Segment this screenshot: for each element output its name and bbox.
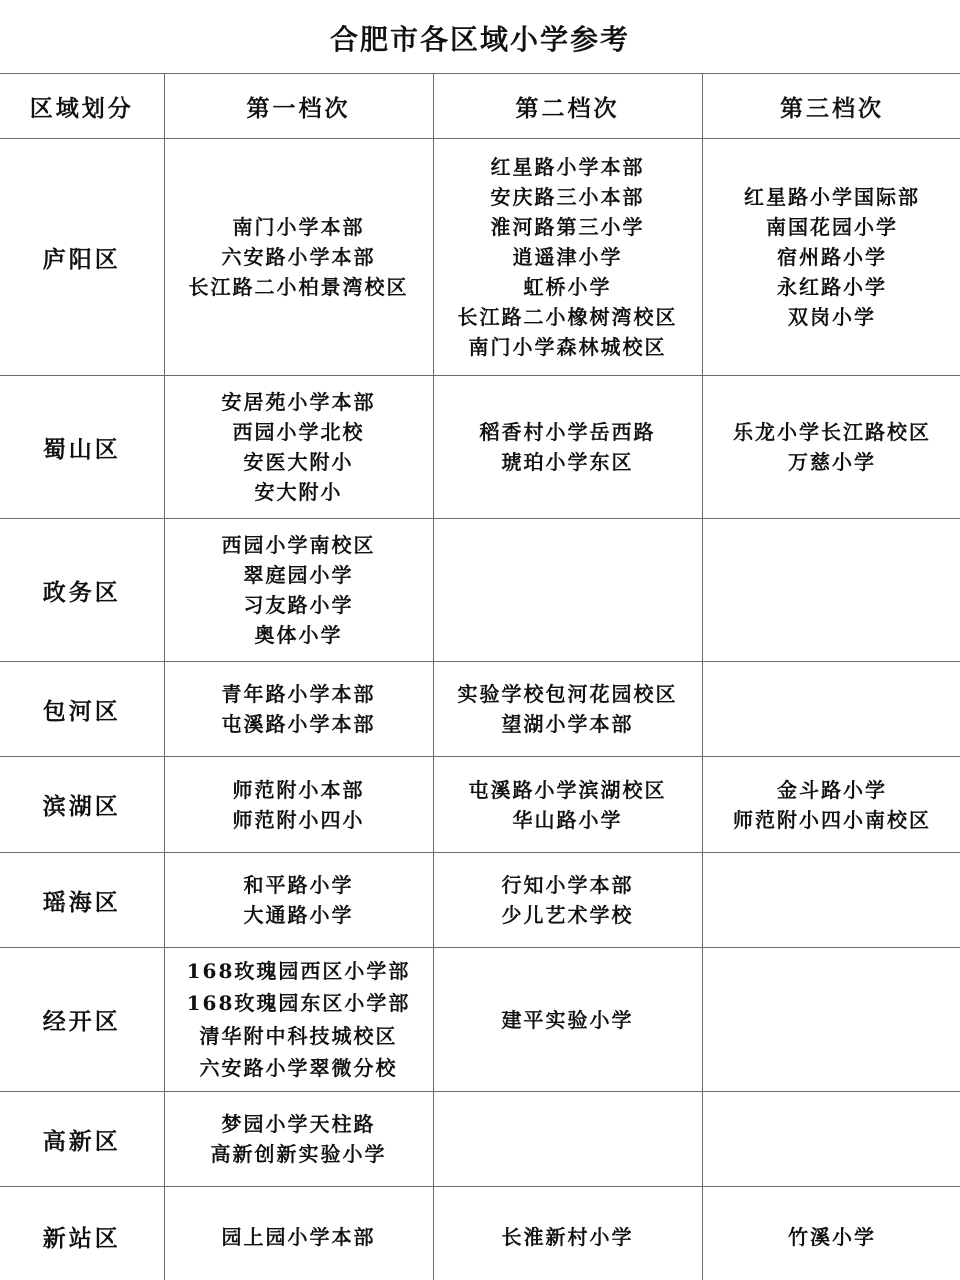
district-cell: 蜀山区 bbox=[0, 376, 164, 519]
table-row: 高新区梦园小学天柱路高新创新实验小学 bbox=[0, 1092, 960, 1187]
table-row: 瑶海区和平路小学大通路小学行知小学本部少儿艺术学校 bbox=[0, 853, 960, 948]
district-cell: 庐阳区 bbox=[0, 139, 164, 376]
school-name: 宿州路小学 bbox=[703, 242, 960, 272]
school-name: 屯溪路小学本部 bbox=[165, 709, 433, 739]
tier3-cell: 竹溪小学 bbox=[702, 1187, 960, 1280]
school-name: 稻香村小学岳西路 bbox=[434, 417, 702, 447]
school-table: 区域划分 第一档次 第二档次 第三档次 庐阳区南门小学本部六安路小学本部长江路二… bbox=[0, 73, 960, 1280]
school-name: 双岗小学 bbox=[703, 302, 960, 332]
tier3-cell bbox=[702, 519, 960, 662]
school-name: 安医大附小 bbox=[165, 447, 433, 477]
school-name: 西园小学北校 bbox=[165, 417, 433, 447]
school-name: 红星路小学国际部 bbox=[703, 182, 960, 212]
school-name: 师范附小本部 bbox=[165, 775, 433, 805]
tier2-cell: 实验学校包河花园校区望湖小学本部 bbox=[433, 662, 702, 757]
tier2-cell: 建平实验小学 bbox=[433, 948, 702, 1092]
header-tier1: 第一档次 bbox=[164, 74, 433, 139]
school-name: 南国花园小学 bbox=[703, 212, 960, 242]
school-name: 师范附小四小南校区 bbox=[703, 805, 960, 835]
school-name: 安居苑小学本部 bbox=[165, 387, 433, 417]
school-name: 永红路小学 bbox=[703, 272, 960, 302]
tier2-cell bbox=[433, 1092, 702, 1187]
school-name: 翠庭园小学 bbox=[165, 560, 433, 590]
tier1-cell: 园上园小学本部 bbox=[164, 1187, 433, 1280]
table-row: 新站区园上园小学本部长淮新村小学竹溪小学 bbox=[0, 1187, 960, 1280]
tier2-cell: 行知小学本部少儿艺术学校 bbox=[433, 853, 702, 948]
school-name: 淮河路第三小学 bbox=[434, 212, 702, 242]
tier2-cell: 红星路小学本部安庆路三小本部淮河路第三小学逍遥津小学虹桥小学长江路二小橡树湾校区… bbox=[433, 139, 702, 376]
tier3-cell: 红星路小学国际部南国花园小学宿州路小学永红路小学双岗小学 bbox=[702, 139, 960, 376]
school-name: 六安路小学翠微分校 bbox=[165, 1052, 433, 1085]
table-row: 包河区青年路小学本部屯溪路小学本部实验学校包河花园校区望湖小学本部 bbox=[0, 662, 960, 757]
school-name: 琥珀小学东区 bbox=[434, 447, 702, 477]
school-name: 西园小学南校区 bbox=[165, 530, 433, 560]
header-row: 区域划分 第一档次 第二档次 第三档次 bbox=[0, 74, 960, 139]
table-row: 政务区西园小学南校区翠庭园小学习友路小学奥体小学 bbox=[0, 519, 960, 662]
school-name: 园上园小学本部 bbox=[165, 1222, 433, 1252]
header-district: 区域划分 bbox=[0, 74, 164, 139]
table-row: 滨湖区师范附小本部师范附小四小屯溪路小学滨湖校区华山路小学金斗路小学师范附小四小… bbox=[0, 757, 960, 853]
tier2-cell bbox=[433, 519, 702, 662]
district-cell: 包河区 bbox=[0, 662, 164, 757]
school-name: 清华附中科技城校区 bbox=[165, 1020, 433, 1053]
tier2-cell: 长淮新村小学 bbox=[433, 1187, 702, 1280]
table-row: 庐阳区南门小学本部六安路小学本部长江路二小柏景湾校区红星路小学本部安庆路三小本部… bbox=[0, 139, 960, 376]
school-name: 实验学校包河花园校区 bbox=[434, 679, 702, 709]
school-name: 华山路小学 bbox=[434, 805, 702, 835]
school-name: 虹桥小学 bbox=[434, 272, 702, 302]
school-name: 奥体小学 bbox=[165, 620, 433, 650]
school-name: 万慈小学 bbox=[703, 447, 960, 477]
table-row: 蜀山区安居苑小学本部西园小学北校安医大附小安大附小稻香村小学岳西路琥珀小学东区乐… bbox=[0, 376, 960, 519]
school-name: 望湖小学本部 bbox=[434, 709, 702, 739]
table-row: 经开区168玫瑰园西区小学部168玫瑰园东区小学部清华附中科技城校区六安路小学翠… bbox=[0, 948, 960, 1092]
page-title: 合肥市各区域小学参考 bbox=[0, 18, 960, 62]
school-name: 高新创新实验小学 bbox=[165, 1139, 433, 1169]
school-name: 和平路小学 bbox=[165, 870, 433, 900]
school-name: 大通路小学 bbox=[165, 900, 433, 930]
tier3-cell: 金斗路小学师范附小四小南校区 bbox=[702, 757, 960, 853]
district-cell: 高新区 bbox=[0, 1092, 164, 1187]
tier1-cell: 青年路小学本部屯溪路小学本部 bbox=[164, 662, 433, 757]
tier2-cell: 稻香村小学岳西路琥珀小学东区 bbox=[433, 376, 702, 519]
tier1-cell: 168玫瑰园西区小学部168玫瑰园东区小学部清华附中科技城校区六安路小学翠微分校 bbox=[164, 948, 433, 1092]
header-tier2: 第二档次 bbox=[433, 74, 702, 139]
school-name: 金斗路小学 bbox=[703, 775, 960, 805]
school-name: 南门小学森林城校区 bbox=[434, 332, 702, 362]
district-cell: 经开区 bbox=[0, 948, 164, 1092]
school-name: 安大附小 bbox=[165, 477, 433, 507]
tier3-cell bbox=[702, 1092, 960, 1187]
school-name: 屯溪路小学滨湖校区 bbox=[434, 775, 702, 805]
district-cell: 政务区 bbox=[0, 519, 164, 662]
tier1-cell: 西园小学南校区翠庭园小学习友路小学奥体小学 bbox=[164, 519, 433, 662]
school-name: 乐龙小学长江路校区 bbox=[703, 417, 960, 447]
school-name: 168玫瑰园东区小学部 bbox=[165, 987, 433, 1020]
tier3-cell: 乐龙小学长江路校区万慈小学 bbox=[702, 376, 960, 519]
tier3-cell bbox=[702, 948, 960, 1092]
district-cell: 瑶海区 bbox=[0, 853, 164, 948]
school-name: 长江路二小橡树湾校区 bbox=[434, 302, 702, 332]
school-name: 安庆路三小本部 bbox=[434, 182, 702, 212]
tier1-cell: 梦园小学天柱路高新创新实验小学 bbox=[164, 1092, 433, 1187]
school-name: 习友路小学 bbox=[165, 590, 433, 620]
school-name: 师范附小四小 bbox=[165, 805, 433, 835]
school-name: 梦园小学天柱路 bbox=[165, 1109, 433, 1139]
tier2-cell: 屯溪路小学滨湖校区华山路小学 bbox=[433, 757, 702, 853]
header-tier3: 第三档次 bbox=[702, 74, 960, 139]
tier3-cell bbox=[702, 853, 960, 948]
school-name: 青年路小学本部 bbox=[165, 679, 433, 709]
tier3-cell bbox=[702, 662, 960, 757]
school-name: 南门小学本部 bbox=[165, 212, 433, 242]
school-name: 少儿艺术学校 bbox=[434, 900, 702, 930]
school-name: 长淮新村小学 bbox=[434, 1222, 702, 1252]
district-cell: 新站区 bbox=[0, 1187, 164, 1280]
school-name: 长江路二小柏景湾校区 bbox=[165, 272, 433, 302]
school-name: 红星路小学本部 bbox=[434, 152, 702, 182]
school-name: 六安路小学本部 bbox=[165, 242, 433, 272]
school-name: 竹溪小学 bbox=[703, 1222, 960, 1252]
tier1-cell: 和平路小学大通路小学 bbox=[164, 853, 433, 948]
tier1-cell: 师范附小本部师范附小四小 bbox=[164, 757, 433, 853]
district-cell: 滨湖区 bbox=[0, 757, 164, 853]
school-name: 168玫瑰园西区小学部 bbox=[165, 955, 433, 988]
tier1-cell: 南门小学本部六安路小学本部长江路二小柏景湾校区 bbox=[164, 139, 433, 376]
school-name: 建平实验小学 bbox=[434, 1005, 702, 1035]
tier1-cell: 安居苑小学本部西园小学北校安医大附小安大附小 bbox=[164, 376, 433, 519]
school-name: 行知小学本部 bbox=[434, 870, 702, 900]
school-name: 逍遥津小学 bbox=[434, 242, 702, 272]
